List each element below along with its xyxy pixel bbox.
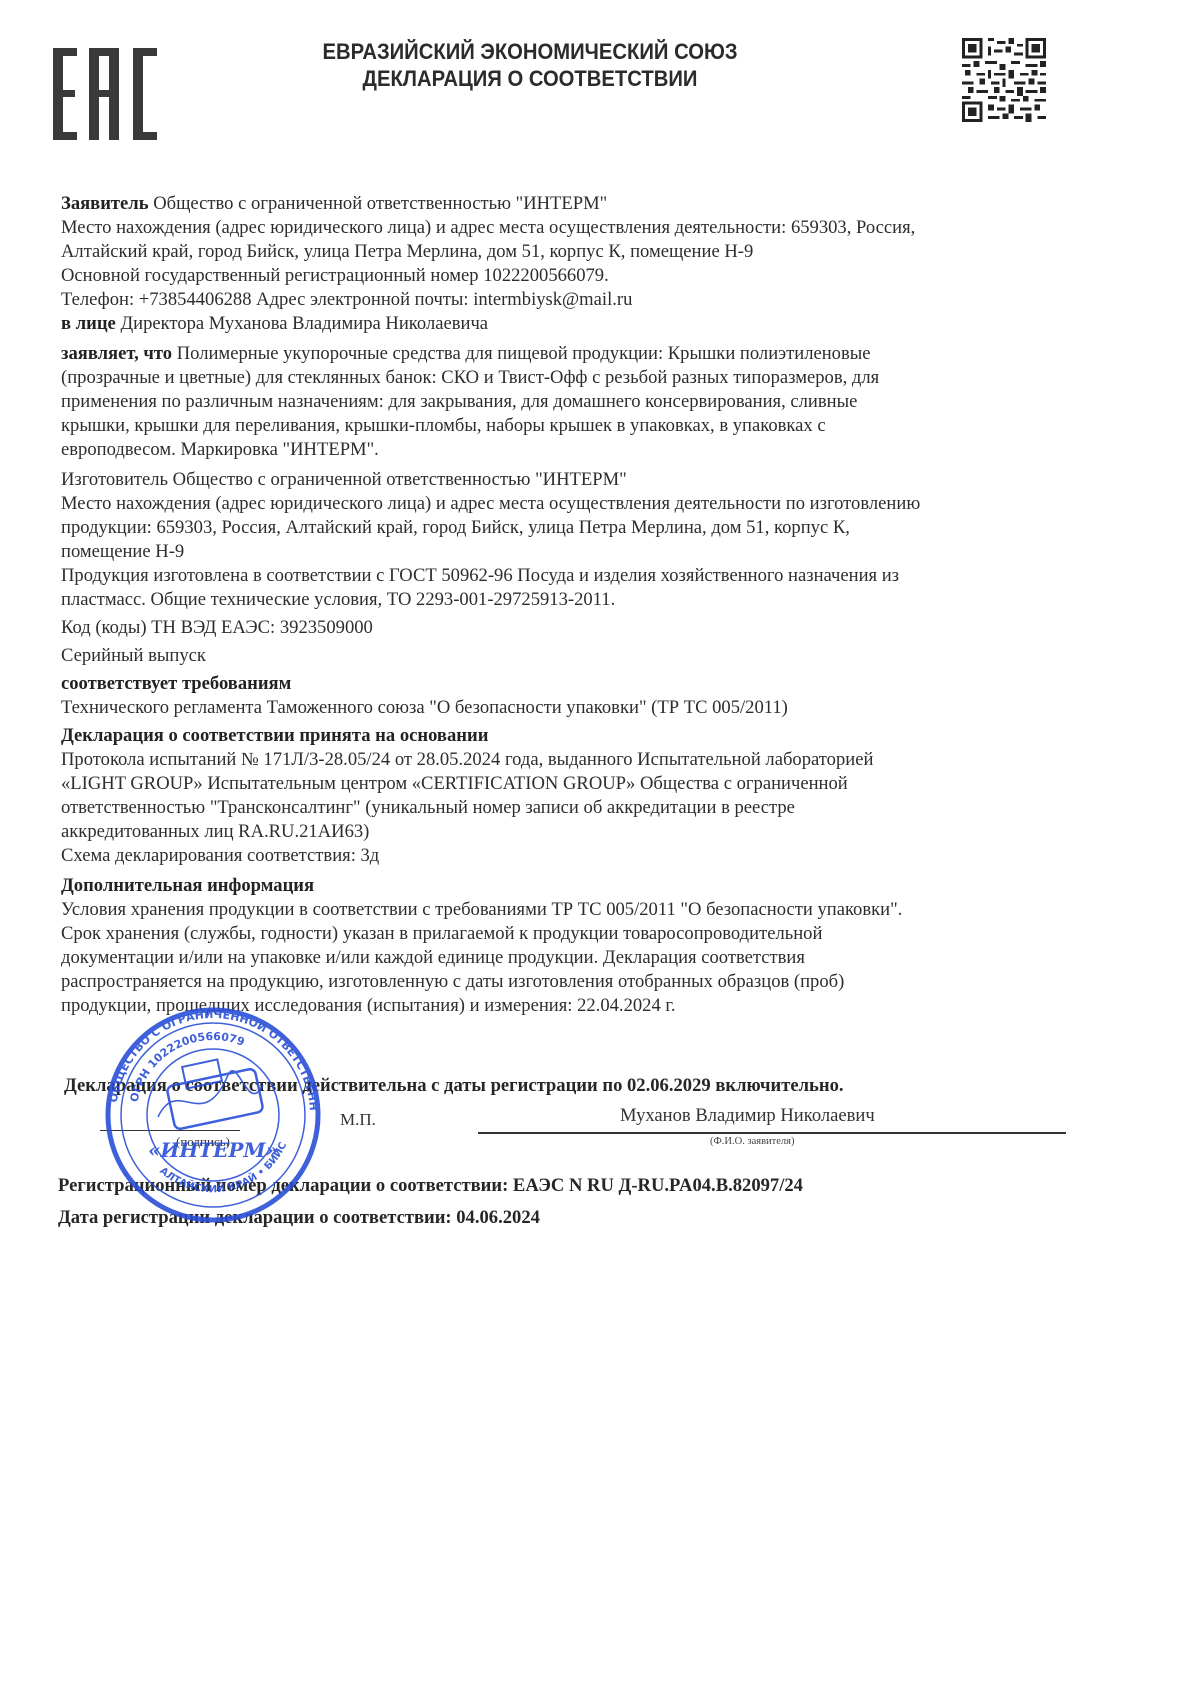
name-line	[478, 1132, 1066, 1134]
applicant-label: Заявитель	[61, 193, 149, 214]
product-line4: крышки, крышки для переливания, крышки-п…	[61, 414, 1071, 438]
declaration-scheme: Схема декларирования соответствия: 3д	[61, 844, 1071, 868]
product-line5: европодвесом. Маркировка "ИНТЕРМ".	[61, 438, 1071, 462]
product-line3: применения по различным назначениям: для…	[61, 390, 1071, 414]
applicant-address-line1: Место нахождения (адрес юридического лиц…	[61, 216, 1071, 240]
signature-caption: (подпись)	[176, 1134, 230, 1150]
basis-line1: Протокола испытаний № 171Л/3-28.05/24 от…	[61, 748, 1071, 772]
additional-label: Дополнительная информация	[61, 875, 314, 896]
declares-label: заявляет, что	[61, 343, 172, 364]
eac-logo	[53, 48, 159, 140]
applicant-section: Заявитель Общество с ограниченной ответс…	[61, 192, 1071, 336]
compliance-label: соответствует требованиям	[61, 673, 291, 694]
basis-line4: аккредитованных лиц RA.RU.21АИ63)	[61, 820, 1071, 844]
manufacturer-line2: Место нахождения (адрес юридического лиц…	[61, 492, 1071, 516]
additional-line3: документации и/или на упаковке и/или каж…	[61, 946, 1071, 970]
basis-line3: ответственностью "Трансконсалтинг" (уник…	[61, 796, 1071, 820]
release-type: Серийный выпуск	[61, 644, 1071, 668]
applicant-signatory-name: Муханов Владимир Николаевич	[620, 1105, 875, 1127]
compliance-regulation: Технического регламента Таможенного союз…	[61, 696, 1071, 720]
basis-section: Декларация о соответствии принята на осн…	[61, 724, 1071, 868]
manufacturer-line1: Изготовитель Общество с ограниченной отв…	[61, 468, 1071, 492]
additional-line2: Срок хранения (службы, годности) указан …	[61, 922, 1071, 946]
manufacturer-line3: продукции: 659303, Россия, Алтайский кра…	[61, 516, 1071, 540]
additional-line4: распространяется на продукцию, изготовле…	[61, 970, 1071, 994]
additional-info-section: Дополнительная информация Условия хранен…	[61, 874, 1071, 1018]
additional-line5: продукции, прошедших исследования (испыт…	[61, 994, 1071, 1018]
product-line1: Полимерные укупорочные средства для пище…	[172, 343, 870, 364]
svg-text:АЛТАЙСКИЙ КРАЙ • БИЙСК: АЛТАЙСКИЙ КРАЙ • БИЙСК	[88, 1005, 289, 1195]
tn-ved-code: Код (коды) ТН ВЭД ЕАЭС: 3923509000	[61, 616, 1071, 640]
declaration-body: Заявитель Общество с ограниченной ответс…	[61, 192, 1071, 1018]
signature-line	[100, 1130, 240, 1131]
represented-label: в лице	[61, 313, 116, 334]
registration-date: Дата регистрации декларации о соответств…	[58, 1207, 540, 1229]
seal-label: М.П.	[340, 1110, 376, 1130]
manufacturer-line4: помещение Н-9	[61, 540, 1071, 564]
standard-line2: пластмасс. Общие технические условия, ТО…	[61, 588, 1071, 612]
product-section: заявляет, что Полимерные укупорочные сре…	[61, 342, 1071, 462]
document-header: ЕВРАЗИЙСКИЙ ЭКОНОМИЧЕСКИЙ СОЮЗ ДЕКЛАРАЦИ…	[263, 38, 797, 92]
applicant-ogrn: Основной государственный регистрационный…	[61, 264, 1071, 288]
qr-code-icon	[962, 36, 1046, 124]
applicant-address-line2: Алтайский край, город Бийск, улица Петра…	[61, 240, 1071, 264]
product-line2: (прозрачные и цветные) для стеклянных ба…	[61, 366, 1071, 390]
validity-statement: Декларация о соответствии действительна …	[64, 1075, 844, 1097]
additional-line1: Условия хранения продукции в соответстви…	[61, 898, 1071, 922]
registration-number: Регистрационный номер декларации о соотв…	[58, 1175, 803, 1197]
document-title: ДЕКЛАРАЦИЯ О СООТВЕТСТВИИ	[263, 65, 797, 92]
applicant-contacts: Телефон: +73854406288 Адрес электронной …	[61, 288, 1071, 312]
applicant-name: Общество с ограниченной ответственностью…	[149, 193, 608, 214]
qr-code[interactable]	[962, 36, 1046, 124]
basis-line2: «LIGHT GROUP» Испытательным центром «CER…	[61, 772, 1071, 796]
manufacturer-section: Изготовитель Общество с ограниченной отв…	[61, 468, 1071, 612]
name-caption: (Ф.И.О. заявителя)	[710, 1136, 795, 1147]
union-title: ЕВРАЗИЙСКИЙ ЭКОНОМИЧЕСКИЙ СОЮЗ	[263, 38, 797, 65]
represented-by: Директора Муханова Владимира Николаевича	[116, 313, 488, 334]
standard-line1: Продукция изготовлена в соответствии с Г…	[61, 564, 1071, 588]
eac-mark-icon	[53, 48, 159, 140]
basis-label: Декларация о соответствии принята на осн…	[61, 725, 488, 746]
